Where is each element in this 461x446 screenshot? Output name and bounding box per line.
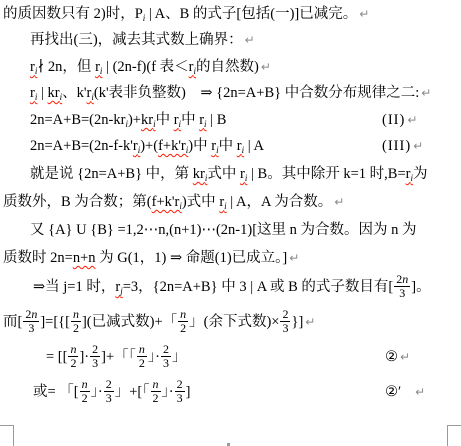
text-run: 或= 「[ [33,384,79,400]
text-run: | (2n-f)(f 表＜ [102,59,188,75]
fraction-denominator: 2 [178,322,188,335]
text-run: 2n=A+B=(2n-k [30,112,121,128]
text-run: ]=[{[ [40,314,70,330]
text-line: 2n=A+B=(2n-f-k'ri)+(f+k'ri)中 ri中 ri | A(… [30,133,264,159]
text-line: 的质因数只有 2)时，Pi | A、B 的式子[包括(一)]已减完。↵ [3,1,369,27]
term-base: P [135,6,143,22]
text-run: = [[ [46,349,67,365]
text-run: }] [291,314,303,330]
subscripted-term: kri [48,85,63,101]
equation-number: ②′↵ [385,374,425,410]
fraction-denominator: 2 [80,392,90,405]
subscripted-term: ri [199,112,206,128]
stacked-fraction: 23 [161,343,171,370]
text-line: ri | kri、k'ri(k'表非负整数) ⇒ {2n=A+B} 中合数分布规… [30,80,431,106]
text-line: 质数外，B 为合数；第(f+k'ri)式中 ri | A，A 为合数。↵ [3,189,344,215]
fraction-denominator: 3 [23,322,39,335]
text-run: 的质因数只有 2)时， [3,6,135,22]
term-base: kr [141,112,153,128]
text-run: 2n=A+B=(2n-f-k' [30,138,133,154]
misspelled-text: n+n [73,250,96,266]
subscripted-term: kri [193,166,208,182]
equation-number-label: ②′ [385,384,401,400]
subscripted-term: Pi [135,6,146,22]
text-run: 为 [413,166,428,182]
stacked-fraction: n2 [151,378,161,405]
subscripted-term: ri [237,138,244,154]
equation-number-label: ② [385,349,398,365]
fraction-numerator: 2 [161,343,171,357]
text-run: 」· [162,384,174,400]
text-run: ]。 [411,279,430,295]
text-run: 质数时 2n= [3,250,73,266]
text-run: 、k' [62,85,86,101]
text-line: 质数时 2n=n+n 为 G(1，1) ⇒ 命题(1)已成立。]↵ [3,245,299,271]
text-line: 或= 「[n2」·23」+[「n2」·23]②′↵ [33,374,190,410]
fraction-numerator: n [151,378,161,392]
text-run: 又 {A} U {B} =1,2⋯n,(n+1)⋯(2n-1)[这里 n 为合数… [30,222,417,238]
fraction-denominator: 3 [90,357,100,370]
subscripted-term: ri [174,112,181,128]
stacked-fraction: 23 [104,378,114,405]
text-run: 而[ [3,314,22,330]
subscripted-term: ri [87,85,94,101]
subscripted-term: ri [219,194,226,210]
text-run: )式中 [182,194,219,210]
stacked-fraction: n2 [178,308,188,335]
text-run: 」+[「 [115,384,150,400]
text-run: 」 [172,349,187,365]
text-line: 就是说 {2n=A+B} 中，第 kri式中 ri | B。其中除开 k=1 时… [30,161,427,187]
text-run: 中 [181,112,199,128]
text-run: =3，{2n=A+B} 中 3 | A 或 B 的式子数目有[ [123,279,394,295]
equation-number-label: (III) [382,138,411,154]
fraction-numerator: 2 [104,378,114,392]
paragraph-mark-icon: ↵ [359,7,369,21]
text-run: 再找出(三)，减去其式数上确界： [30,32,243,48]
text-run: | A、B 的式子[包括(一)]已减完。 [145,6,357,22]
text-run: ](已减式数)+「 [82,314,177,330]
term-base: kr [48,85,60,101]
text-run: | B [207,112,227,128]
text-run: )中 [188,138,211,154]
text-line: 2n=A+B=(2n-kri)+kri中 ri中 ri | B(II)↵ [30,107,226,133]
paragraph-mark-icon: ↵ [413,139,423,153]
text-line: 又 {A} U {B} =1,2⋯n,(n+1)⋯(2n-1)[这里 n 为合数… [30,217,417,243]
text-line: = [[n2]·23]+「「n2」·23」②↵ [46,339,187,375]
paragraph-mark-icon: ↵ [334,195,344,209]
stacked-fraction: n2 [137,343,147,370]
equation-number: ②↵ [385,339,410,375]
paragraph-mark-icon: ↵ [421,86,431,100]
stacked-fraction: n2 [68,343,78,370]
text-run: )+ [128,112,141,128]
fraction-denominator: 2 [137,357,147,370]
fraction-numerator: 2n [23,308,39,322]
text-run: 的自然数) [196,59,259,75]
text-run: | [37,85,47,101]
fraction-denominator: 2 [151,392,161,405]
text-run: | B。其中除开 k=1 时,B= [247,166,405,182]
text-line: 再找出(三)，减去其式数上确界：↵ [30,27,255,53]
fraction-numerator: 2n [394,273,410,287]
stacked-fraction: 23 [175,378,185,405]
fraction-numerator: n [68,343,78,357]
text-run: ⇒当 j=1 时， [33,279,115,295]
text-run: ] [186,384,191,400]
subscripted-term: rj [115,279,122,295]
paragraph-mark-icon: ↵ [261,60,271,74]
text-run: 式中 [207,166,240,182]
stacked-fraction: 23 [90,343,100,370]
text-run: 中 [219,138,237,154]
text-run: ]+「「 [101,349,136,365]
text-run: ]· [79,349,89,365]
stacked-fraction: 23 [280,308,290,335]
paragraph-mark-icon: ↵ [415,385,425,399]
stacked-fraction: 2n3 [394,273,410,300]
equation-number: (II)↵ [382,107,417,133]
stacked-fraction: 2n3 [23,308,39,335]
fraction-denominator: 2 [68,357,78,370]
paragraph-mark-icon: ↵ [245,33,255,47]
subscripted-term: kri [141,112,156,128]
text-run: | A，A 为合数。 [227,194,333,210]
text-run: 中 [156,112,174,128]
text-run: | A [244,138,264,154]
fraction-numerator: 2 [175,378,185,392]
term-base: f+k'r [158,138,186,154]
fraction-numerator: n [178,308,188,322]
text-run: ∤ 2n，但 [37,59,95,75]
paragraph-mark-icon: ↵ [407,113,417,127]
fraction-denominator: 3 [161,357,171,370]
fraction-denominator: 3 [394,287,410,300]
fraction-numerator: n [71,308,81,322]
subscripted-term: f+k'ri [158,138,188,154]
fraction-denominator: 3 [280,322,290,335]
text-line: 而[2n3]=[{[n2](已减式数)+「n2」(余下式数)×23}]↵ [3,304,315,340]
subscripted-term: ri [211,138,218,154]
paragraph-mark-icon: ↵ [305,315,315,329]
paragraph-mark-icon: ↵ [289,251,299,265]
stacked-fraction: n2 [71,308,81,335]
text-run: 就是说 {2n=A+B} 中，第 [30,166,193,182]
text-run: 为 G(1，1) ⇒ 命题(1)已成立。] [96,250,288,266]
text-run: 」(余下式数)× [189,314,279,330]
document-page: 的质因数只有 2)时，Pi | A、B 的式子[包括(一)]已减完。↵再找出(三… [0,0,461,446]
text-run: 质数外，B 为合数；第( [3,194,152,210]
fraction-denominator: 2 [71,322,81,335]
page-margin-corner-right-icon [447,425,461,446]
text-run: )+( [140,138,158,154]
fraction-numerator: n [137,343,147,357]
subscripted-term: ri [121,112,128,128]
fraction-numerator: n [80,378,90,392]
fraction-denominator: 3 [175,392,185,405]
term-base: f+k'r [152,194,180,210]
term-base: kr [193,166,205,182]
text-line: ⇒当 j=1 时，rj=3，{2n=A+B} 中 3 | A 或 B 的式子数目… [33,269,431,305]
fraction-denominator: 3 [104,392,114,405]
paragraph-mark-icon: ↵ [400,350,410,364]
equation-number-label: (II) [382,112,405,128]
text-line: ri∤ 2n，但 ri | (2n-f)(f 表＜ri的自然数)↵ [30,54,271,80]
page-margin-corner-left-icon [0,425,14,446]
subscripted-term: f+k'ri [152,194,182,210]
stacked-fraction: n2 [80,378,90,405]
text-run: 」· [91,384,103,400]
text-run: 」· [148,349,160,365]
text-run: (k'表非负整数) ⇒ {2n=A+B} 中合数分布规律之二: [94,85,419,101]
subscripted-term: ri [189,59,196,75]
fraction-numerator: 2 [90,343,100,357]
subscripted-term: ri [406,166,413,182]
fraction-numerator: 2 [280,308,290,322]
equation-number: (III)↵ [382,133,423,159]
